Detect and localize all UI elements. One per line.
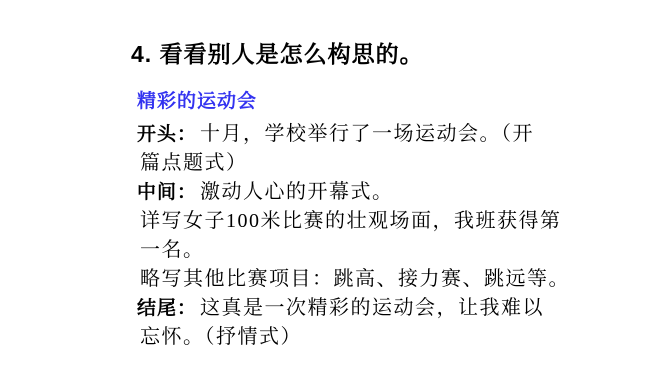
outline-text: 十月，学校举行了一场运动会。（开 <box>200 123 534 145</box>
outline-line: 一名。 <box>137 236 570 265</box>
slide-title: 4. 看看别人是怎么构思的。 <box>131 40 424 68</box>
outline-text: 略写其他比赛项目：跳高、接力赛、跳远等。 <box>140 268 570 290</box>
essay-title-heading: 精彩的运动会 <box>137 91 570 112</box>
outline-label: 中间： <box>137 182 197 203</box>
outline-text: 激动人心的开幕式。 <box>200 181 394 203</box>
outline-text: 忘怀。（抒情式） <box>140 326 302 348</box>
outline-line: 忘怀。（抒情式） <box>137 323 570 352</box>
presentation-slide: 4. 看看别人是怎么构思的。 精彩的运动会 开头：十月，学校举行了一场运动会。（… <box>0 0 668 376</box>
essay-outline: 开头：十月，学校举行了一场运动会。（开 篇点题式） 中间：激动人心的开幕式。 详… <box>137 120 570 352</box>
outline-label: 开头： <box>137 124 197 145</box>
outline-text: 详写女子100米比赛的壮观场面，我班获得第 <box>140 210 562 232</box>
outline-line: 篇点题式） <box>137 149 570 178</box>
outline-line: 开头：十月，学校举行了一场运动会。（开 <box>137 120 570 149</box>
outline-line: 详写女子100米比赛的壮观场面，我班获得第 <box>137 207 570 236</box>
outline-line: 中间：激动人心的开幕式。 <box>137 178 570 207</box>
outline-line: 略写其他比赛项目：跳高、接力赛、跳远等。 <box>137 265 570 294</box>
outline-text: 一名。 <box>140 239 205 261</box>
outline-label: 结尾： <box>137 298 197 319</box>
outline-line: 结尾：这真是一次精彩的运动会，让我难以 <box>137 294 570 323</box>
slide-content: 精彩的运动会 开头：十月，学校举行了一场运动会。（开 篇点题式） 中间：激动人心… <box>137 91 570 352</box>
outline-text: 这真是一次精彩的运动会，让我难以 <box>200 297 544 319</box>
outline-text: 篇点题式） <box>140 152 248 174</box>
